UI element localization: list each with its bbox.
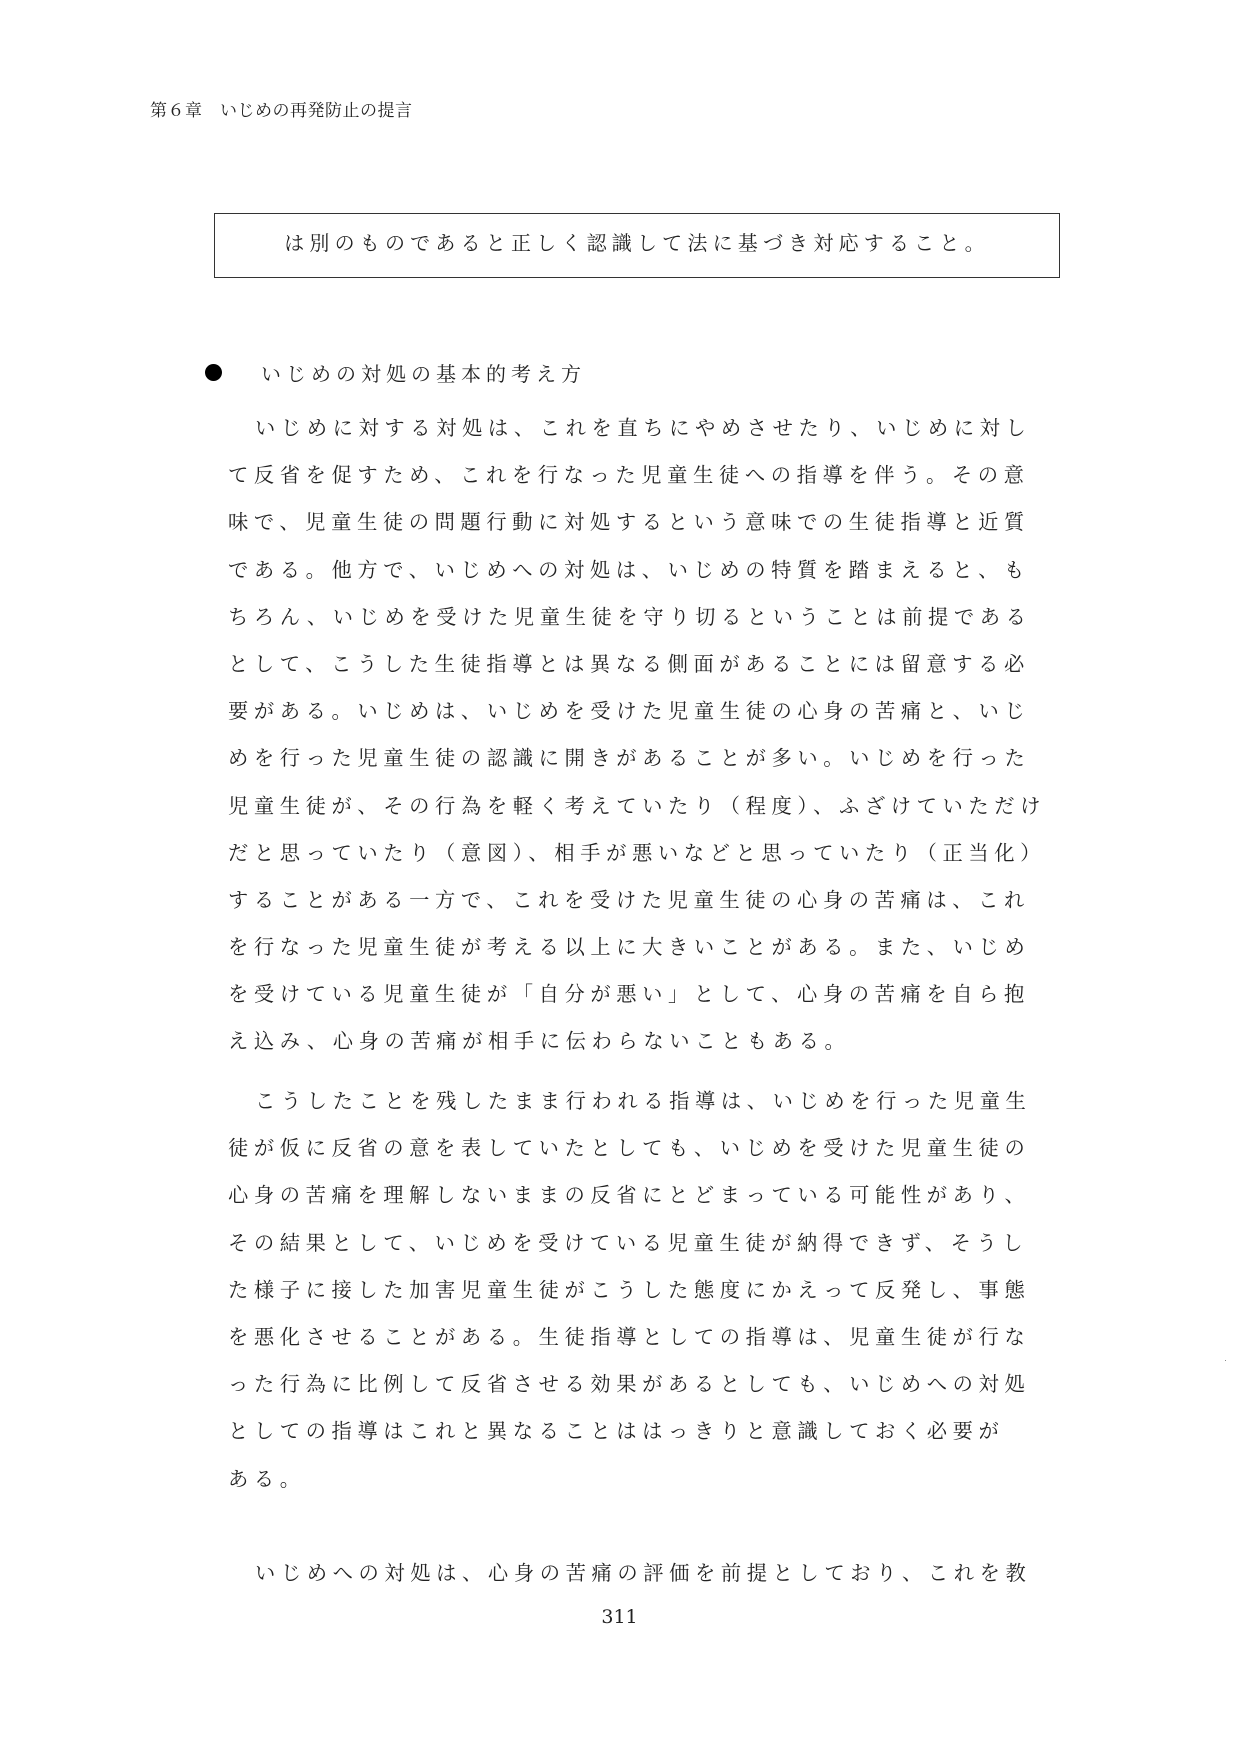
- paragraph-line: 徒が仮に反省の意を表していたとしても、いじめを受けた児童生徒の: [228, 1125, 1058, 1172]
- page-number: 311: [0, 1606, 1239, 1628]
- running-header: 第６章 いじめの再発防止の提言: [150, 96, 413, 121]
- paragraph-line: めを行った児童生徒の認識に開きがあることが多い。いじめを行った: [228, 735, 1058, 782]
- paragraph-line: 心身の苦痛を理解しないままの反省にとどまっている可能性があり、: [228, 1172, 1058, 1219]
- paragraph-line: 児童生徒が、その行為を軽く考えていたり（程度）、ふざけていただけ: [228, 783, 1058, 830]
- paragraph-line: て反省を促すため、これを行なった児童生徒への指導を伴う。その意: [228, 452, 1058, 499]
- paragraph-1: いじめに対する対処は、これを直ちにやめさせたり、いじめに対し て反省を促すため、…: [228, 405, 1058, 1066]
- paragraph-line: いじめに対する対処は、これを直ちにやめさせたり、いじめに対し: [228, 405, 1058, 452]
- paragraph-line: である。他方で、いじめへの対処は、いじめの特質を踏まえると、も: [228, 547, 1058, 594]
- paragraph-line: ある。: [228, 1456, 1058, 1503]
- paragraph-line: することがある一方で、これを受けた児童生徒の心身の苦痛は、これ: [228, 877, 1058, 924]
- section-heading-text: いじめの対処の基本的考え方: [261, 358, 586, 387]
- bullet-icon: [205, 364, 222, 381]
- paragraph-line: 味で、児童生徒の問題行動に対処するという意味での生徒指導と近質: [228, 499, 1058, 546]
- boxed-note-text: は別のものであると正しく認識して法に基づき対応すること。: [284, 227, 990, 256]
- paragraph-line: ちろん、いじめを受けた児童生徒を守り切るということは前提である: [228, 594, 1058, 641]
- paragraph-line: を悪化させることがある。生徒指導としての指導は、児童生徒が行な: [228, 1314, 1058, 1361]
- paragraph-line: を行なった児童生徒が考える以上に大きいことがある。また、いじめ: [228, 924, 1058, 971]
- paragraph-2: こうしたことを残したまま行われる指導は、いじめを行った児童生 徒が仮に反省の意を…: [228, 1078, 1058, 1503]
- paragraph-line: た様子に接した加害児童生徒がこうした態度にかえって反発し、事態: [228, 1267, 1058, 1314]
- paragraph-line: いじめへの対処は、心身の苦痛の評価を前提としており、これを教: [228, 1550, 1058, 1597]
- paragraph-3: いじめへの対処は、心身の苦痛の評価を前提としており、これを教: [228, 1550, 1058, 1597]
- paragraph-line: だと思っていたり（意図）、相手が悪いなどと思っていたり（正当化）: [228, 830, 1058, 877]
- paragraph-line: として、こうした生徒指導とは異なる側面があることには留意する必: [228, 641, 1058, 688]
- section-heading: いじめの対処の基本的考え方: [205, 358, 586, 387]
- paragraph-line: を受けている児童生徒が「自分が悪い」として、心身の苦痛を自ら抱: [228, 971, 1058, 1018]
- paragraph-line: こうしたことを残したまま行われる指導は、いじめを行った児童生: [228, 1078, 1058, 1125]
- boxed-note: は別のものであると正しく認識して法に基づき対応すること。: [214, 213, 1060, 278]
- paragraph-line: その結果として、いじめを受けている児童生徒が納得できず、そうし: [228, 1220, 1058, 1267]
- paragraph-line: え込み、心身の苦痛が相手に伝わらないこともある。: [228, 1018, 1058, 1065]
- scan-artifact: [1225, 1360, 1226, 1361]
- paragraph-line: った行為に比例して反省させる効果があるとしても、いじめへの対処: [228, 1361, 1058, 1408]
- paragraph-line: 要がある。いじめは、いじめを受けた児童生徒の心身の苦痛と、いじ: [228, 688, 1058, 735]
- paragraph-line: としての指導はこれと異なることははっきりと意識しておく必要が: [228, 1408, 1058, 1455]
